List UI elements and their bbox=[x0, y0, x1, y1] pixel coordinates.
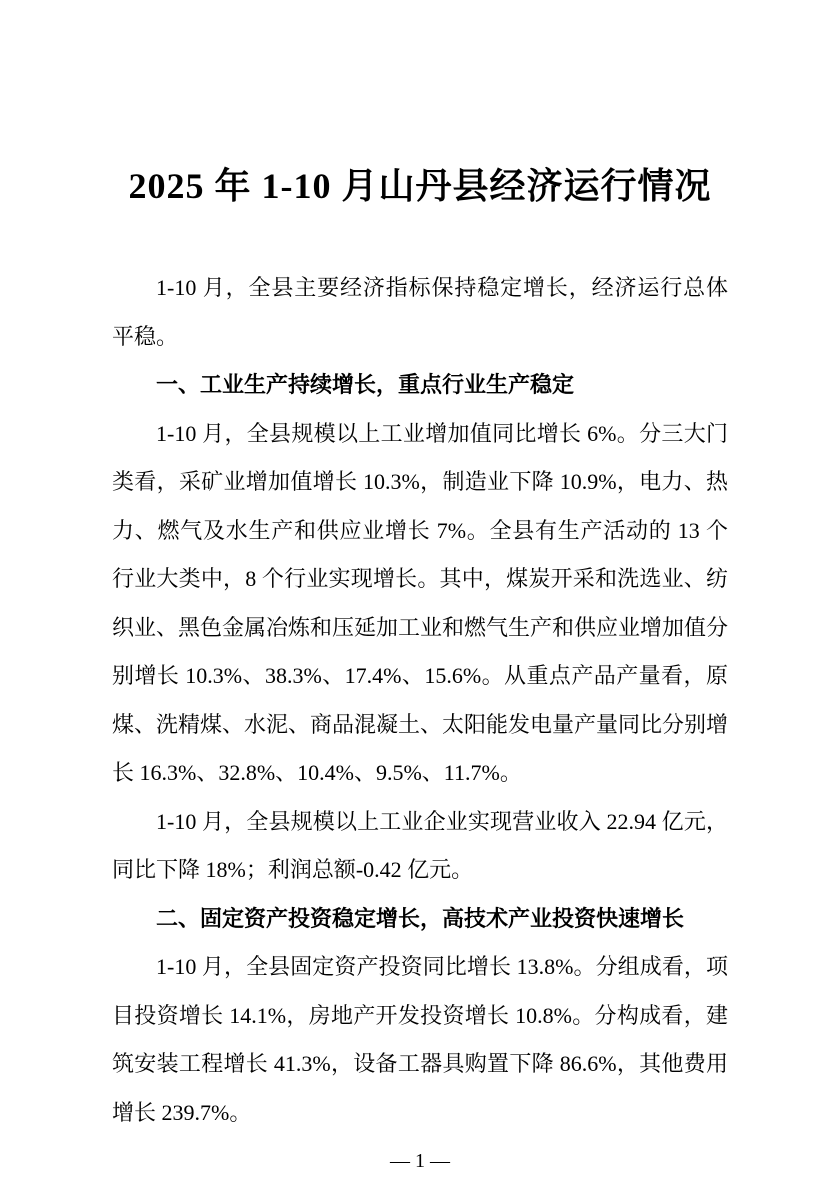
section-2-paragraph-investment: 1-10 月，全县固定资产投资同比增长 13.8%。分组成看，项目投资增长 14… bbox=[112, 943, 728, 1137]
section-1-paragraph-revenue: 1-10 月，全县规模以上工业企业实现营业收入 22.94 亿元，同比下降 18… bbox=[112, 798, 728, 895]
section-heading-1: 一、工业生产持续增长，重点行业生产稳定 bbox=[112, 361, 728, 410]
document-title: 2025 年 1-10 月山丹县经济运行情况 bbox=[112, 160, 728, 212]
page-number: — 1 — bbox=[112, 1137, 728, 1186]
document-page: 2025 年 1-10 月山丹县经济运行情况 1-10 月，全县主要经济指标保持… bbox=[0, 0, 840, 1190]
intro-paragraph: 1-10 月，全县主要经济指标保持稳定增长，经济运行总体平稳。 bbox=[112, 264, 728, 361]
section-1-paragraph-industry: 1-10 月，全县规模以上工业增加值同比增长 6%。分三大门类看，采矿业增加值增… bbox=[112, 410, 728, 798]
section-heading-2: 二、固定资产投资稳定增长，高技术产业投资快速增长 bbox=[112, 895, 728, 944]
